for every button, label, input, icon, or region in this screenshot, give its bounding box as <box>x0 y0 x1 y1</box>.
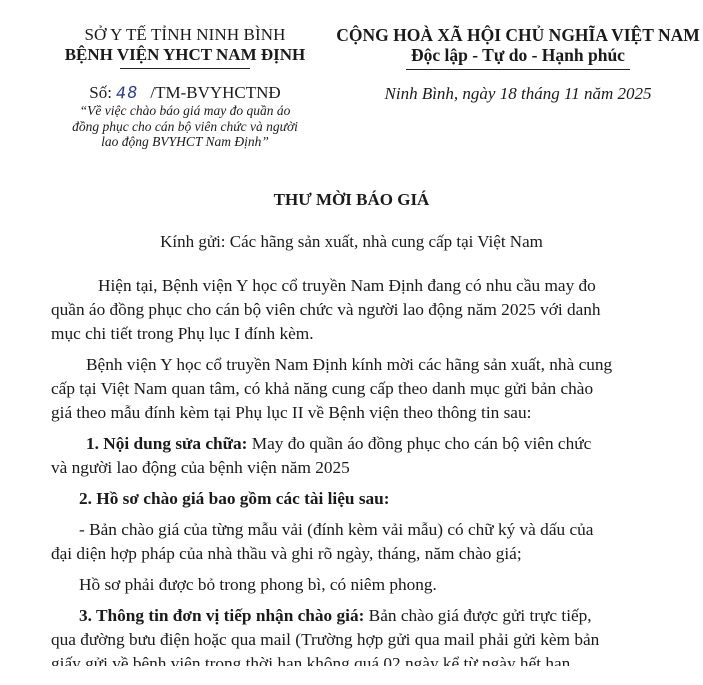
text-line: cấp tại Việt Nam quan tâm, có khả năng c… <box>51 377 663 401</box>
agency-name: SỞ Y TẾ TỈNH NINH BÌNH <box>40 25 330 45</box>
issuer-underline <box>120 68 250 69</box>
document-title: THƯ MỜI BÁO GIÁ <box>0 190 703 210</box>
section-heading: 2. Hồ sơ chào giá bao gồm các tài liệu s… <box>51 487 663 511</box>
doc-number-suffix: /TM-BVYHCTNĐ <box>150 83 280 102</box>
text-line: 1. Nội dung sửa chữa: May đo quần áo đồn… <box>51 432 663 456</box>
invitation-paragraph: Bệnh viện Y học cổ truyền Nam Định kính … <box>51 353 663 425</box>
text-line: giá theo mẫu đính kèm tại Phụ lục II về … <box>51 401 663 425</box>
letter-body: Hiện tại, Bệnh viện Y học cổ truyền Nam … <box>51 274 663 673</box>
text-line: - Bản chào giá của từng mẫu vải (đính kè… <box>51 518 663 542</box>
document-number: Số:48/TM-BVYHCTNĐ <box>40 83 330 103</box>
subject-line: lao động BVYHCT Nam Định” <box>44 134 326 150</box>
document-subject: “Về việc chào báo giá may đo quần áo đồn… <box>40 103 330 150</box>
subject-line: “Về việc chào báo giá may đo quần áo <box>44 103 326 119</box>
section-heading: 1. Nội dung sửa chữa: <box>86 434 247 453</box>
text-line: quần áo đồng phục cho cán bộ viên chức v… <box>51 298 663 322</box>
section-2: 2. Hồ sơ chào giá bao gồm các tài liệu s… <box>51 487 663 511</box>
recipient-line: Kính gửi: Các hãng sản xuất, nhà cung cấ… <box>0 232 703 252</box>
intro-paragraph: Hiện tại, Bệnh viện Y học cổ truyền Nam … <box>51 274 663 346</box>
hospital-name: BỆNH VIỆN YHCT NAM ĐỊNH <box>40 45 330 65</box>
text-line: và người lao động của bệnh viện năm 2025 <box>51 456 663 480</box>
text-line: Bệnh viện Y học cổ truyền Nam Định kính … <box>51 353 663 377</box>
section-2-item: - Bản chào giá của từng mẫu vải (đính kè… <box>51 518 663 566</box>
section-text: Bản chào giá được gửi trực tiếp, <box>364 606 591 625</box>
national-header: CỘNG HOÀ XÃ HỘI CHỦ NGHĨA VIỆT NAM Độc l… <box>332 25 703 104</box>
section-heading: 3. Thông tin đơn vị tiếp nhận chào giá: <box>79 606 364 625</box>
doc-number-label: Số: <box>89 83 112 102</box>
section-text: May đo quần áo đồng phục cho cán bộ viên… <box>247 434 591 453</box>
text-line: mục chi tiết trong Phụ lục I đính kèm. <box>51 322 663 346</box>
document-page: SỞ Y TẾ TỈNH NINH BÌNH BỆNH VIỆN YHCT NA… <box>0 0 703 685</box>
text-line: Hồ sơ phải được bỏ trong phong bì, có ni… <box>51 573 663 597</box>
motto-underline <box>406 69 630 70</box>
place-date: Ninh Bình, ngày 18 tháng 11 năm 2025 <box>332 84 703 104</box>
section-3: 3. Thông tin đơn vị tiếp nhận chào giá: … <box>51 604 663 666</box>
nation-name: CỘNG HOÀ XÃ HỘI CHỦ NGHĨA VIỆT NAM <box>332 25 703 45</box>
text-line: qua đường bưu điện hoặc qua mail (Trường… <box>51 628 663 652</box>
text-line: đại diện hợp pháp của nhà thầu và ghi rõ… <box>51 542 663 566</box>
text-line-clipped: giấy gửi về bệnh viện trong thời hạn khô… <box>51 652 663 666</box>
text-line: Hiện tại, Bệnh viện Y học cổ truyền Nam … <box>51 274 663 298</box>
issuer-header: SỞ Y TẾ TỈNH NINH BÌNH BỆNH VIỆN YHCT NA… <box>40 25 330 150</box>
subject-line: đồng phục cho cán bộ viên chức và người <box>44 119 326 135</box>
section-2-note: Hồ sơ phải được bỏ trong phong bì, có ni… <box>51 573 663 597</box>
handwritten-number: 48 <box>115 82 138 103</box>
national-motto: Độc lập - Tự do - Hạnh phúc <box>332 45 703 66</box>
text-line: 3. Thông tin đơn vị tiếp nhận chào giá: … <box>51 604 663 628</box>
section-1: 1. Nội dung sửa chữa: May đo quần áo đồn… <box>51 432 663 480</box>
